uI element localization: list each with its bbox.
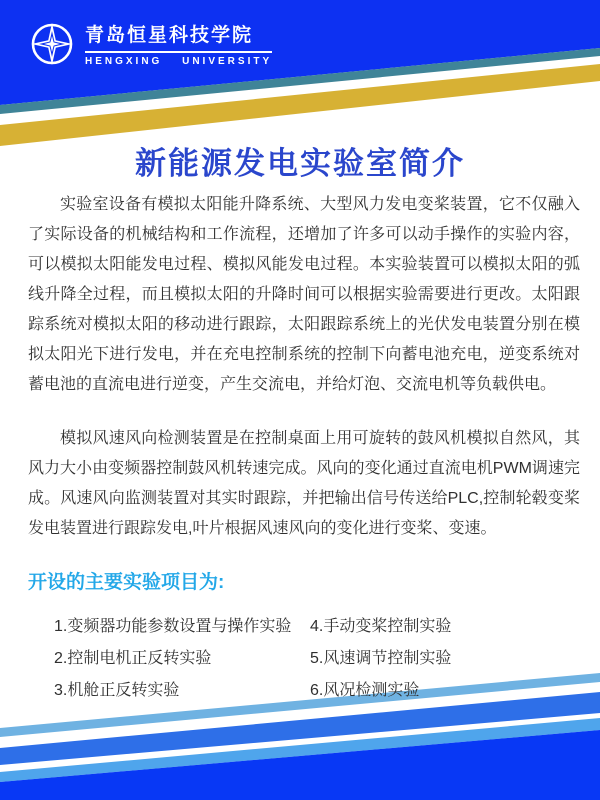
experiment-item: 4.手动变桨控制实验 [310,611,580,643]
university-brand: 青岛恒星科技学院 HENGXING UNIVERSITY [30,20,272,67]
paragraph-wind-system: 模拟风速风向检测装置是在控制桌面上用可旋转的鼓风机模拟自然风，其风力大小由变频器… [28,424,580,544]
experiment-item: 2.控制电机正反转实验 [54,643,310,675]
page-title: 新能源发电实验室简介 [0,138,600,183]
experiment-item: 3.机舱正反转实验 [54,675,310,707]
experiment-item: 1.变频器功能参数设置与操作实验 [54,611,310,643]
university-logo [30,21,74,67]
experiment-item: 5.风速调节控制实验 [310,643,580,675]
experiment-list-heading: 开设的主要实验项目为: [28,568,580,598]
poster: 青岛恒星科技学院 HENGXING UNIVERSITY 新能源发电实验室简介 … [0,0,600,800]
experiment-list-column-1: 1.变频器功能参数设置与操作实验 2.控制电机正反转实验 3.机舱正反转实验 [54,611,310,707]
lab-introduction: 实验室设备有模拟太阳能升降系统、大型风力发电变桨装置，它不仅融入了实际设备的机械… [28,190,580,707]
experiment-item: 6.风况检测实验 [310,675,580,707]
university-name-en: HENGXING UNIVERSITY [85,56,272,67]
university-name-zh: 青岛恒星科技学院 [85,20,272,53]
experiment-list: 1.变频器功能参数设置与操作实验 2.控制电机正反转实验 3.机舱正反转实验 4… [28,611,580,707]
university-name: 青岛恒星科技学院 HENGXING UNIVERSITY [85,20,272,67]
compass-star-icon [30,21,74,67]
paragraph-solar-system: 实验室设备有模拟太阳能升降系统、大型风力发电变桨装置，它不仅融入了实际设备的机械… [28,190,580,400]
experiment-list-column-2: 4.手动变桨控制实验 5.风速调节控制实验 6.风况检测实验 [310,611,580,707]
